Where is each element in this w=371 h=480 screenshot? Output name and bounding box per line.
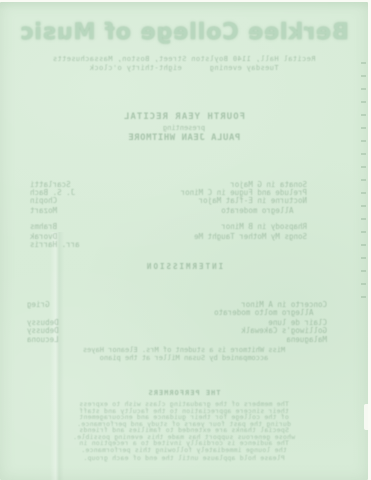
program-row: Nocturne in E-flat Major Chopin [30, 196, 307, 205]
program-row: Rhapsody in B Minor Brahms [30, 222, 307, 231]
composer-name: Mozart [30, 206, 57, 215]
piece-title: Nocturne in E-flat Major [199, 196, 307, 205]
ghost-masthead-title: Berklee College of Music [0, 20, 368, 45]
ghost-recital-heading: FOURTH YEAR RECITAL [0, 112, 368, 122]
composer-name: Debussy [27, 326, 59, 335]
piece-title: Golliwog's Cakewalk [241, 326, 327, 335]
ghost-address-line-1: Recital Hall, 1140 Boylston Street, Bost… [0, 55, 368, 63]
program-row: Malaguena Lecuona [27, 335, 327, 344]
ghost-recital-subheading: presenting [0, 124, 368, 132]
composer-name: arr. Harris [30, 240, 80, 249]
ghost-performer-name: PAULA JEAN WHITMORE [0, 133, 368, 143]
piece-title: Allegro moderato [221, 206, 307, 215]
scanned-page-canvas: Berklee College of Music Recital Hall, 1… [0, 0, 371, 480]
ghost-notes-heading: THE PERFORMERS [0, 389, 368, 397]
program-row: Allegro molto moderato [27, 308, 327, 317]
torn-edge-notch [364, 404, 368, 430]
ghost-closing-line: Please hold applause until the end of ea… [0, 454, 368, 462]
perforated-edge [361, 62, 366, 302]
ghost-note-line: the lounge immediately following this pe… [0, 446, 368, 454]
piece-title: Malaguena [286, 335, 327, 344]
paper-sheet: Berklee College of Music Recital Hall, 1… [0, 2, 368, 480]
program-row: Allegro moderato Mozart [30, 206, 307, 215]
bleed-through-layer: Berklee College of Music Recital Hall, 1… [0, 2, 368, 480]
piece-title: Allegro molto moderato [214, 308, 327, 317]
composer-name: Brahms [30, 222, 57, 231]
composer-name: Lecuona [27, 335, 59, 344]
composer-name: Chopin [30, 196, 57, 205]
ghost-address-line-2: Tuesday evening eight-thirty o'clock [0, 64, 368, 72]
piece-title: Rhapsody in B Minor [221, 222, 307, 231]
piece-title: Songs My Mother Taught Me [194, 232, 307, 241]
program-row: Golliwog's Cakewalk Debussy [27, 326, 327, 335]
ghost-credit-line: accompanied by Susan Miller at the piano [0, 354, 368, 362]
ghost-intermission-heading: INTERMISSION [0, 262, 368, 271]
ghost-credit-line: Miss Whitmore is a student of Mrs. Elean… [0, 346, 368, 354]
